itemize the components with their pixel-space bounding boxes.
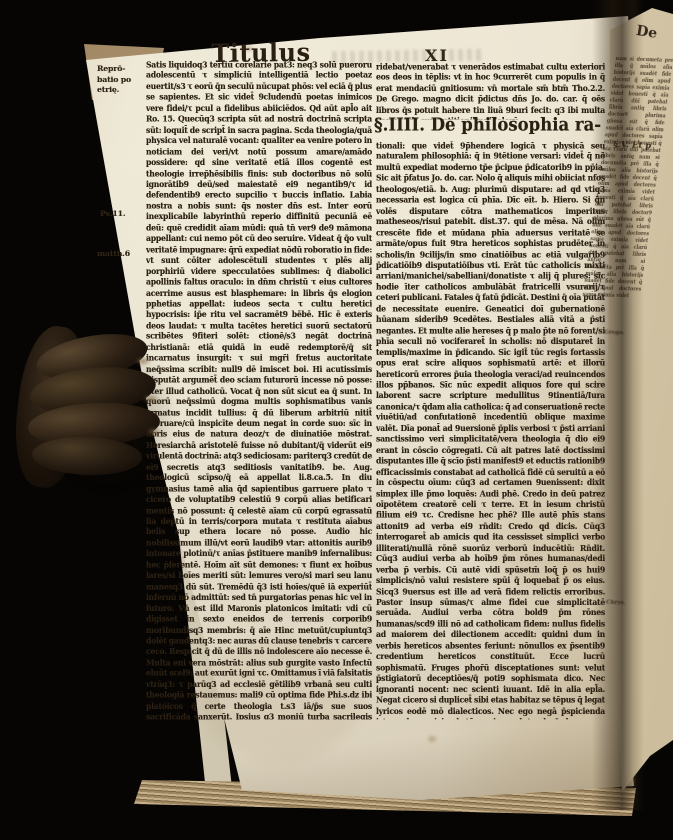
left-column-text: Satis liquidoq3 tertiū corelarie pat3: n… xyxy=(146,60,372,719)
clasp-highlight xyxy=(142,394,160,404)
facing-running-title: De xyxy=(635,23,673,45)
margin-note-line: etrię. xyxy=(97,85,147,96)
book-photo: Titulus XI Reprō- batio po etrię. Ps.11.… xyxy=(0,0,673,840)
facing-margin-note: Chrys. xyxy=(605,600,632,608)
margin-note-psalm: Ps.11. xyxy=(100,209,125,220)
clasp-highlight xyxy=(134,356,152,366)
margin-note-matthew: matth.6 xyxy=(97,249,130,260)
fox-spot xyxy=(428,736,436,742)
right-column-intro: ridebat/venerabat τ venerādos estimabat … xyxy=(376,62,605,119)
section-heading: §.IIII. De philosophia ra- xyxy=(374,115,608,135)
clasp-highlight xyxy=(146,427,162,436)
facing-margin-note: Grego. xyxy=(603,330,630,338)
margin-note-line: Reprō- xyxy=(97,64,147,75)
margin-note-reprobatio: Reprō- batio po etrię. xyxy=(97,64,147,96)
margin-note-line: batio po xyxy=(97,75,147,86)
